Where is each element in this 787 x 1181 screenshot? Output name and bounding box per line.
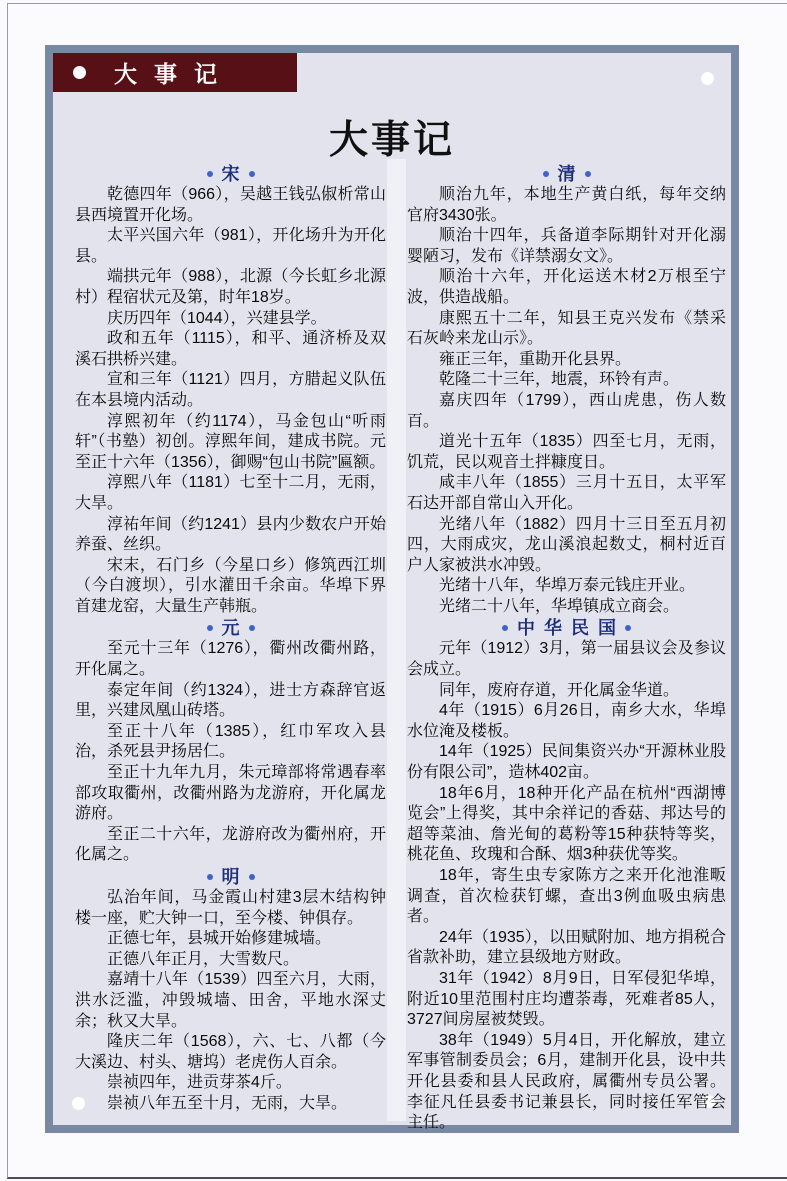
event-paragraph: 18年，寄生虫专家陈方之来开化池淮畈调查，首次检获钉螺，查出3例血吸虫病患者。 (407, 866, 726, 928)
event-paragraph: 淳祐年间（约1241）县内少数农户开始养蚕、丝织。 (75, 515, 386, 556)
event-paragraph: 24年（1935），以田赋附加、地方捐税合省款补助，建立县级地方财政。 (407, 928, 726, 969)
banner-title: 大事记 (114, 56, 234, 89)
section-heading: 宋 (75, 163, 386, 185)
event-paragraph: 光绪十八年，华埠万泰元钱庄开业。 (407, 576, 726, 597)
event-paragraph: 康熙五十二年，知县王克兴发布《禁采石灰岭来龙山示》。 (407, 309, 726, 350)
bullet-dot-icon (585, 171, 591, 177)
event-paragraph: 18年6月，18种开化产品在杭州“西湖博览会”上得奖，其中余祥记的香菇、邦达号的… (407, 784, 726, 866)
event-paragraph: 乾隆二十三年，地震，环铃有声。 (407, 370, 726, 391)
section-title: 清 (558, 163, 585, 185)
event-paragraph: 顺治九年，本地生产黄白纸，每年交纳官府3430张。 (407, 185, 726, 226)
event-paragraph: 至元十三年（1276），衢州改衢州路，开化属之。 (75, 639, 386, 680)
text-columns: 宋 乾德四年（966），吴越王钱弘俶析常山县西境置开化场。太平兴国六年（981）… (75, 163, 726, 1134)
column-left: 宋 乾德四年（966），吴越王钱弘俶析常山县西境置开化场。太平兴国六年（981）… (75, 163, 386, 1134)
section-heading: 明 (75, 866, 386, 888)
event-paragraph: 正德八年正月，大雪数尺。 (75, 950, 386, 971)
event-paragraph: 正德七年，县城开始修建城墙。 (75, 929, 386, 950)
event-paragraph: 端拱元年（988），北源（今长虹乡北源村）程宿状元及第，时年18岁。 (75, 267, 386, 308)
event-paragraph: 弘治年间，马金霞山村建3层木结构钟楼一座，贮大钟一口，至今楼、钟俱存。 (75, 888, 386, 929)
dynasty-section: 明 弘治年间，马金霞山村建3层木结构钟楼一座，贮大钟一口，至今楼、钟俱存。正德七… (75, 866, 386, 1115)
dynasty-section: 清 顺治九年，本地生产黄白纸，每年交纳官府3430张。顺治十四年，兵备道李际期针… (407, 163, 726, 617)
event-paragraph: 光绪八年（1882）四月十三日至五月初四，大雨成灾，龙山溪浪起数丈，桐村近百户人… (407, 515, 726, 577)
event-paragraph: 光绪二十八年，华埠镇成立商会。 (407, 597, 726, 618)
bullet-dot-icon (249, 171, 255, 177)
dynasty-section: 元 至元十三年（1276），衢州改衢州路，开化属之。泰定年间（约1324），进士… (75, 617, 386, 866)
bullet-dot-icon (625, 625, 631, 631)
event-paragraph: 4年（1915）6月26日，南乡大水，华埠水位淹及楼板。 (407, 701, 726, 742)
dynasty-section: 宋 乾德四年（966），吴越王钱弘俶析常山县西境置开化场。太平兴国六年（981）… (75, 163, 386, 617)
section-title: 明 (222, 866, 249, 888)
event-paragraph: 雍正三年，重勘开化县界。 (407, 350, 726, 371)
event-paragraph: 咸丰八年（1855）三月十五日，太平军石达开部自常山入开化。 (407, 473, 726, 514)
event-paragraph: 至正十九年九月，朱元璋部将常遇春率部攻取衢州，改衢州路为龙游府，开化属龙游府。 (75, 763, 386, 825)
bullet-dot-icon (207, 625, 213, 631)
event-paragraph: 淳熙八年（1181）七至十二月，无雨，大旱。 (75, 473, 386, 514)
event-paragraph: 泰定年间（约1324），进士方森辞官返里，兴建凤凰山砖塔。 (75, 681, 386, 722)
bullet-dot-icon (249, 874, 255, 880)
event-paragraph: 顺治十六年，开化运送木材2万根至宁波，供造战船。 (407, 267, 726, 308)
event-paragraph: 宋末，石门乡（今星口乡）修筑西江圳（今白渡坝），引水灌田千余亩。华埠下界首建龙窑… (75, 556, 386, 618)
event-paragraph: 庆历四年（1044），兴建县学。 (75, 309, 386, 330)
header-banner: 大事记 (53, 53, 297, 92)
event-paragraph: 淳熙初年（约1174），马金包山“听雨轩”（书塾）初创。淳熙年间，建成书院。元至… (75, 412, 386, 474)
dynasty-section: 中华民国 元年（1912）3月，第一届县议会及参议会成立。同年，废府存道，开化属… (407, 617, 726, 1133)
bullet-dot-icon (543, 171, 549, 177)
event-paragraph: 道光十五年（1835）四至七月，无雨，饥荒，民以观音土拌糠度日。 (407, 432, 726, 473)
section-title: 宋 (222, 163, 249, 185)
event-paragraph: 太平兴国六年（981），开化场升为开化县。 (75, 226, 386, 267)
event-paragraph: 38年（1949）5月4日，开化解放，建立军事管制委员会；6月，建制开化县，设中… (407, 1031, 726, 1134)
event-paragraph: 同年，废府存道，开化属金华道。 (407, 681, 726, 702)
bullet-dot-icon (207, 171, 213, 177)
event-paragraph: 14年（1925）民间集资兴办“开源林业股份有限公司”，造林402亩。 (407, 742, 726, 783)
column-right: 清 顺治九年，本地生产黄白纸，每年交纳官府3430张。顺治十四年，兵备道李际期针… (407, 163, 726, 1134)
event-paragraph: 嘉靖十八年（1539）四至六月，大雨，洪水泛滥，冲毁城墙、田舍，平地水深丈余；秋… (75, 970, 386, 1032)
event-paragraph: 崇祯八年五至十月，无雨，大旱。 (75, 1094, 386, 1115)
mounting-hole-icon (701, 72, 714, 85)
column-gap (386, 163, 407, 1134)
event-paragraph: 至正十八年（1385），红巾军攻入县治，杀死县尹扬居仁。 (75, 722, 386, 763)
event-paragraph: 宣和三年（1121）四月，方腊起义队伍在本县境内活动。 (75, 370, 386, 411)
event-paragraph: 崇祯四年，进贡芽茶4斤。 (75, 1073, 386, 1094)
bullet-dot-icon (502, 625, 508, 631)
event-paragraph: 31年（1942）8月9日，日军侵犯华埠，附近10里范围村庄均遭荼毒，死难者85… (407, 969, 726, 1031)
bullet-dot-icon (207, 874, 213, 880)
event-paragraph: 元年（1912）3月，第一届县议会及参议会成立。 (407, 639, 726, 680)
section-title: 中华民国 (517, 617, 625, 639)
page-title: 大事记 (53, 109, 731, 165)
section-heading: 中华民国 (407, 617, 726, 639)
event-paragraph: 顺治十四年，兵备道李际期针对开化溺婴陋习，发布《详禁溺女文》。 (407, 226, 726, 267)
bullet-dot-icon (249, 625, 255, 631)
section-heading: 清 (407, 163, 726, 185)
event-paragraph: 至正二十六年，龙游府改为衢州府，开化属之。 (75, 825, 386, 866)
chronicle-panel: 大事记 大事记 宋 乾德四年（966），吴越王钱弘俶析常山县西境置开化场。太平兴… (45, 45, 739, 1133)
document-page: 大事记 大事记 宋 乾德四年（966），吴越王钱弘俶析常山县西境置开化场。太平兴… (0, 0, 787, 1181)
section-heading: 元 (75, 617, 386, 639)
bullet-dot-icon (73, 66, 86, 79)
section-title: 元 (222, 617, 249, 639)
event-paragraph: 隆庆二年（1568），六、七、八都（今大溪边、村头、塘坞）老虎伤人百余。 (75, 1032, 386, 1073)
event-paragraph: 乾德四年（966），吴越王钱弘俶析常山县西境置开化场。 (75, 185, 386, 226)
event-paragraph: 嘉庆四年（1799），西山虎患，伤人数百。 (407, 391, 726, 432)
event-paragraph: 政和五年（1115），和平、通济桥及双溪石拱桥兴建。 (75, 329, 386, 370)
